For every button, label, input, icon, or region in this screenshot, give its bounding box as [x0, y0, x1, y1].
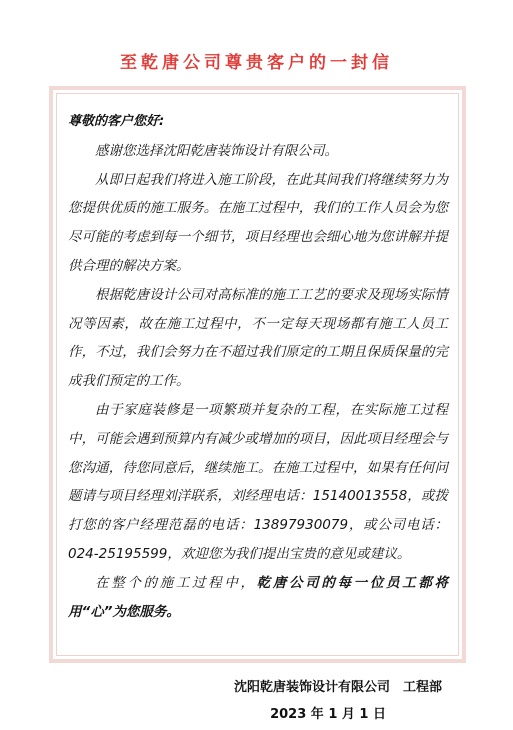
signature-company: 沈阳乾唐装饰设计有限公司 工程部 [68, 674, 448, 702]
paragraph-thanks: 感谢您选择沈阳乾唐装饰设计有限公司。 [68, 137, 448, 166]
paragraph-construction-phase: 从即日起我们将进入施工阶段，在此其间我们将继续努力为您提供优质的施工服务。在施工… [68, 166, 448, 281]
salutation: 尊敬的客户您好: [68, 108, 448, 137]
paragraph-closing: 在整个的施工过程中，乾唐公司的每一位员工都将用“心”为您服务。 [68, 569, 448, 627]
page-title: 至乾唐公司尊贵客户的一封信 [0, 48, 513, 73]
signature-block: 沈阳乾唐装饰设计有限公司 工程部 2023 年 1 月 1 日 [68, 674, 448, 728]
letter-border-inner: 尊敬的客户您好: 感谢您选择沈阳乾唐装饰设计有限公司。 从即日起我们将进入施工阶… [56, 93, 459, 656]
letter-border-outer: 尊敬的客户您好: 感谢您选择沈阳乾唐装饰设计有限公司。 从即日起我们将进入施工阶… [49, 86, 466, 663]
closing-regular-text: 在整个的施工过程中， [95, 575, 257, 591]
paragraph-contact-info: 由于家庭装修是一项繁琐并复杂的工程，在实际施工过程中，可能会遇到预算内有减少或增… [68, 396, 448, 569]
signature-date: 2023 年 1 月 1 日 [68, 702, 448, 728]
paragraph-schedule-quality: 根据乾唐设计公司对高标准的施工工艺的要求及现场实际情况等因素，故在施工过程中，不… [68, 281, 448, 396]
